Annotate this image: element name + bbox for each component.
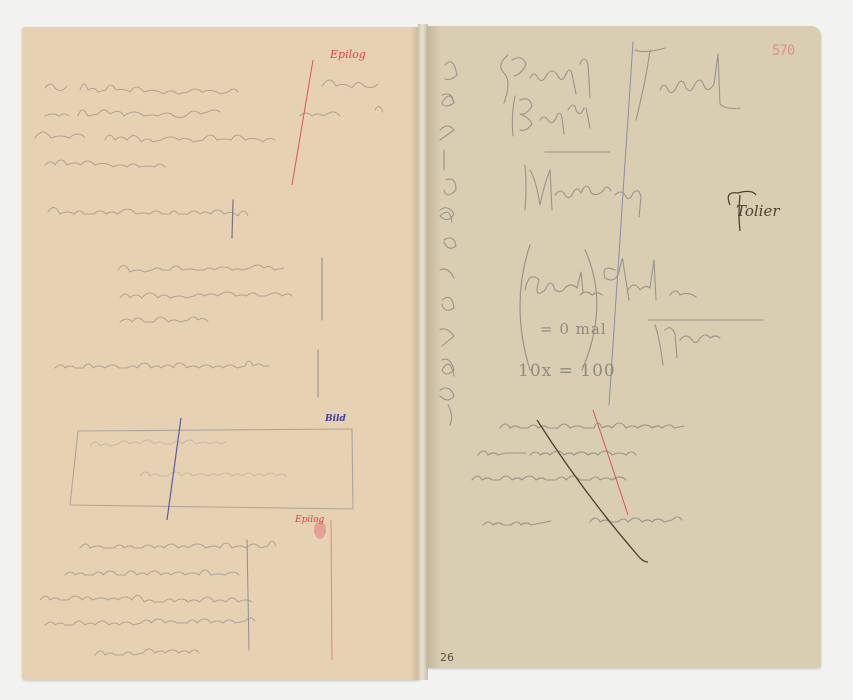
red-annotation-top: Epilog [330,48,366,61]
red-margin-line-bottom [331,520,332,660]
blue-annotation: Bild [325,414,346,424]
notebook-spread: Epilog Bild Epilog 570 10x = 100 = 0 mal… [0,0,853,700]
dark-ink-word: Tolier [736,202,780,220]
dark-ink-strikethrough [537,420,648,562]
right-page-pencil-text [440,42,763,525]
blue-divider-line [167,418,181,520]
red-margin-line-top [292,60,313,185]
formula-10x-100: 10x = 100 [518,361,616,381]
formula-equals-line: = 0 mal [540,320,607,338]
red-diagonal-line [593,410,628,515]
red-folio-stamp: 570 [772,43,794,59]
red-annotation-bottom: Epilog [295,515,324,525]
left-page-pencil-text [35,80,383,655]
page-number: 26 [440,651,454,664]
handwriting-strokes [0,0,853,700]
